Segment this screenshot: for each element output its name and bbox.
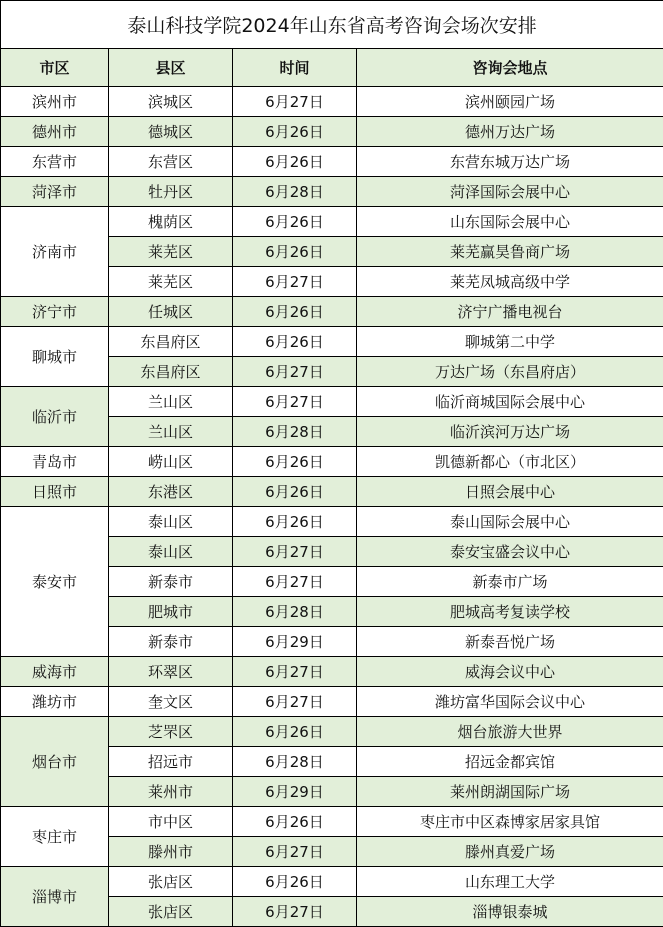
venue-cell: 德州万达广场 [357,117,663,147]
district-cell: 市中区 [109,807,233,837]
table-row: 日照市东港区6月26日日照会展中心 [1,477,663,507]
date-cell: 6月26日 [233,447,357,477]
date-cell: 6月27日 [233,267,357,297]
venue-cell: 聊城第二中学 [357,327,663,357]
date-cell: 6月27日 [233,657,357,687]
venue-cell: 山东国际会展中心 [357,207,663,237]
city-cell: 烟台市 [1,717,109,807]
city-cell: 滨州市 [1,87,109,117]
district-cell: 新泰市 [109,567,233,597]
date-cell: 6月26日 [233,207,357,237]
city-cell: 德州市 [1,117,109,147]
venue-cell: 莱芜赢昊鲁商广场 [357,237,663,267]
header-row: 市区 县区 时间 咨询会地点 [1,49,663,87]
date-cell: 6月26日 [233,237,357,267]
city-cell: 聊城市 [1,327,109,387]
date-cell: 6月26日 [233,327,357,357]
venue-cell: 肥城高考复读学校 [357,597,663,627]
table-row: 烟台市芝罘区6月26日烟台旅游大世界 [1,717,663,747]
table-row: 德州市德城区6月26日德州万达广场 [1,117,663,147]
city-cell: 济宁市 [1,297,109,327]
district-cell: 莱州市 [109,777,233,807]
header-district: 县区 [109,49,233,87]
header-date: 时间 [233,49,357,87]
date-cell: 6月27日 [233,87,357,117]
city-cell: 威海市 [1,657,109,687]
venue-cell: 山东理工大学 [357,867,663,897]
table-row: 淄博市张店区6月26日山东理工大学 [1,867,663,897]
city-cell: 临沂市 [1,387,109,447]
header-city: 市区 [1,49,109,87]
table-row: 泰安市泰山区6月26日泰山国际会展中心 [1,507,663,537]
venue-cell: 泰山国际会展中心 [357,507,663,537]
date-cell: 6月29日 [233,777,357,807]
venue-cell: 莱州朗湖国际广场 [357,777,663,807]
venue-cell: 枣庄市中区森博家居家具馆 [357,807,663,837]
venue-cell: 济宁广播电视台 [357,297,663,327]
venue-cell: 东营东城万达广场 [357,147,663,177]
city-cell: 日照市 [1,477,109,507]
table-row: 威海市环翠区6月27日威海会议中心 [1,657,663,687]
venue-cell: 临沂滨河万达广场 [357,417,663,447]
district-cell: 崂山区 [109,447,233,477]
table-row: 潍坊市奎文区6月27日潍坊富华国际会议中心 [1,687,663,717]
district-cell: 牡丹区 [109,177,233,207]
date-cell: 6月28日 [233,597,357,627]
table-row: 东营市东营区6月26日东营东城万达广场 [1,147,663,177]
city-cell: 潍坊市 [1,687,109,717]
date-cell: 6月27日 [233,567,357,597]
header-venue: 咨询会地点 [357,49,663,87]
venue-cell: 淄博银泰城 [357,897,663,927]
venue-cell: 万达广场（东昌府店） [357,357,663,387]
district-cell: 泰山区 [109,507,233,537]
table-row: 临沂市兰山区6月27日临沂商城国际会展中心 [1,387,663,417]
district-cell: 泰山区 [109,537,233,567]
date-cell: 6月29日 [233,627,357,657]
city-cell: 菏泽市 [1,177,109,207]
date-cell: 6月26日 [233,297,357,327]
table-row: 枣庄市市中区6月26日枣庄市中区森博家居家具馆 [1,807,663,837]
district-cell: 滕州市 [109,837,233,867]
venue-cell: 招远金都宾馆 [357,747,663,777]
venue-cell: 烟台旅游大世界 [357,717,663,747]
district-cell: 槐荫区 [109,207,233,237]
venue-cell: 临沂商城国际会展中心 [357,387,663,417]
district-cell: 莱芜区 [109,267,233,297]
date-cell: 6月27日 [233,537,357,567]
city-cell: 济南市 [1,207,109,297]
district-cell: 东昌府区 [109,357,233,387]
venue-cell: 日照会展中心 [357,477,663,507]
district-cell: 招远市 [109,747,233,777]
date-cell: 6月26日 [233,867,357,897]
district-cell: 兰山区 [109,417,233,447]
venue-cell: 潍坊富华国际会议中心 [357,687,663,717]
venue-cell: 泰安宝盛会议中心 [357,537,663,567]
venue-cell: 新泰市广场 [357,567,663,597]
venue-cell: 凯德新都心（市北区） [357,447,663,477]
date-cell: 6月26日 [233,477,357,507]
district-cell: 莱芜区 [109,237,233,267]
table-title: 泰山科技学院2024年山东省高考咨询会场次安排 [1,1,663,49]
city-cell: 淄博市 [1,867,109,927]
district-cell: 肥城市 [109,597,233,627]
district-cell: 张店区 [109,897,233,927]
table-row: 青岛市崂山区6月26日凯德新都心（市北区） [1,447,663,477]
city-cell: 泰安市 [1,507,109,657]
date-cell: 6月28日 [233,747,357,777]
district-cell: 环翠区 [109,657,233,687]
venue-cell: 新泰吾悦广场 [357,627,663,657]
date-cell: 6月27日 [233,687,357,717]
district-cell: 德城区 [109,117,233,147]
city-cell: 青岛市 [1,447,109,477]
date-cell: 6月26日 [233,147,357,177]
consultation-schedule-table: 泰山科技学院2024年山东省高考咨询会场次安排 市区 县区 时间 咨询会地点 滨… [0,0,663,927]
date-cell: 6月28日 [233,417,357,447]
district-cell: 奎文区 [109,687,233,717]
date-cell: 6月26日 [233,807,357,837]
district-cell: 任城区 [109,297,233,327]
city-cell: 东营市 [1,147,109,177]
table-body: 滨州市滨城区6月27日滨州颐园广场德州市德城区6月26日德州万达广场东营市东营区… [1,87,663,927]
district-cell: 新泰市 [109,627,233,657]
venue-cell: 滨州颐园广场 [357,87,663,117]
table-row: 济南市槐荫区6月26日山东国际会展中心 [1,207,663,237]
district-cell: 张店区 [109,867,233,897]
table-row: 济宁市任城区6月26日济宁广播电视台 [1,297,663,327]
district-cell: 东港区 [109,477,233,507]
date-cell: 6月27日 [233,897,357,927]
venue-cell: 滕州真爱广场 [357,837,663,867]
city-cell: 枣庄市 [1,807,109,867]
district-cell: 芝罘区 [109,717,233,747]
venue-cell: 菏泽国际会展中心 [357,177,663,207]
date-cell: 6月26日 [233,507,357,537]
date-cell: 6月27日 [233,357,357,387]
venue-cell: 威海会议中心 [357,657,663,687]
date-cell: 6月26日 [233,717,357,747]
venue-cell: 莱芜凤城高级中学 [357,267,663,297]
district-cell: 东昌府区 [109,327,233,357]
date-cell: 6月28日 [233,177,357,207]
date-cell: 6月26日 [233,117,357,147]
table-row: 菏泽市牡丹区6月28日菏泽国际会展中心 [1,177,663,207]
district-cell: 兰山区 [109,387,233,417]
district-cell: 滨城区 [109,87,233,117]
date-cell: 6月27日 [233,837,357,867]
date-cell: 6月27日 [233,387,357,417]
table-row: 滨州市滨城区6月27日滨州颐园广场 [1,87,663,117]
table-row: 聊城市东昌府区6月26日聊城第二中学 [1,327,663,357]
district-cell: 东营区 [109,147,233,177]
